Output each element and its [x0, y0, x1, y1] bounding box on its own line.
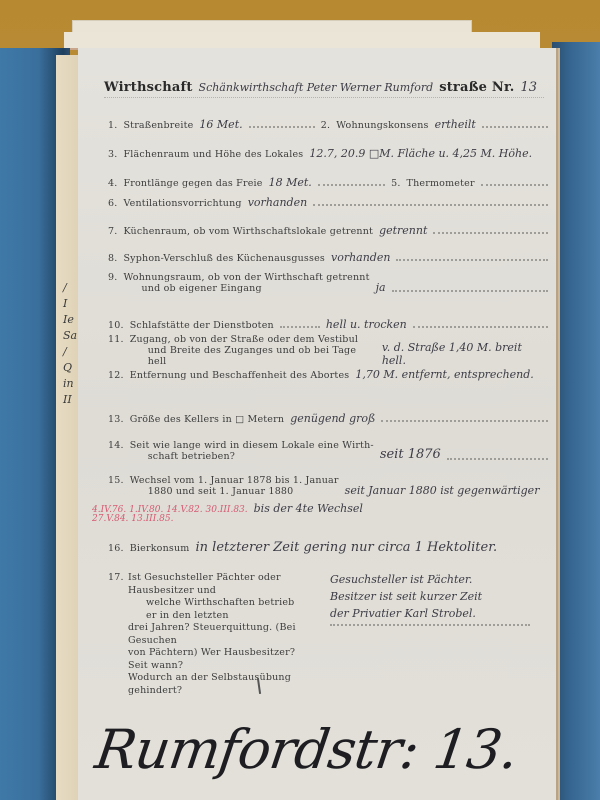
heading-business-name: Schänkwirthschaft Peter Werner Rumford [199, 81, 434, 94]
heading-street-label: straße Nr. [439, 80, 514, 95]
field-value: vorhanden [248, 196, 307, 209]
field-value: v. d. Straße 1,40 M. breit hell. [382, 341, 548, 367]
form-heading: Wirthschaft Schänkwirthschaft Peter Wern… [104, 80, 544, 98]
field-label: Frontlänge gegen das Freie [123, 178, 262, 189]
dotted-leader [280, 326, 320, 328]
question-line: welche Wirthschaften betrieb er in den l… [128, 597, 308, 622]
field-row-11: 11. Zugang, ob von der Straße oder dem V… [108, 334, 548, 367]
field-row-3: 3. Flächenraum und Höhe des Lokales 12.7… [108, 147, 548, 160]
field-number: 6. [108, 198, 117, 209]
answer-line: Gesuchsteller ist Pächter. [330, 573, 550, 586]
dotted-leader [313, 204, 548, 206]
field-row-14: 14. Seit wie lange wird in diesem Lokale… [108, 440, 548, 462]
address-signature: Rumfordstr: 13. [92, 718, 522, 781]
heading-house-number: 13 [521, 80, 538, 95]
field-label: Entfernung und Beschaffenheit des Aborte… [130, 370, 350, 381]
field-number: 16. [108, 543, 124, 554]
field-value: 1,70 M. entfernt, entsprechend. [355, 368, 533, 381]
field-label: Straßenbreite [123, 120, 193, 131]
question-17: 17. Ist Gesuchsteller Pächter oder Hausb… [108, 572, 308, 697]
field-row-16: 16. Bierkonsum in letzterer Zeit gering … [108, 540, 548, 555]
field-value: ertheilt [435, 118, 476, 131]
field-number: 9. [108, 272, 117, 283]
field-row-10: 10. Schlafstätte der Dienstboten hell u.… [108, 318, 548, 331]
field-label: Thermometer [407, 178, 475, 189]
field-number: 17. [108, 572, 124, 585]
field-row-12: 12. Entfernung und Beschaffenheit des Ab… [108, 368, 548, 381]
dotted-leader [249, 126, 315, 128]
field-label: Wechsel vom 1. Januar 1878 bis 1. Januar [130, 475, 339, 486]
dotted-leader [381, 420, 548, 422]
field-number: 15. [108, 475, 124, 486]
field-number: 1. [108, 120, 117, 131]
field-value: 16 Met. [199, 118, 242, 131]
heading-label: Wirthschaft [104, 80, 193, 95]
field-value: in letzterer Zeit gering nur circa 1 Hek… [196, 540, 498, 555]
field-row-15: 15. Wechsel vom 1. Januar 1878 bis 1. Ja… [108, 475, 548, 497]
field-label: Größe des Kellers in □ Metern [130, 414, 284, 425]
field-label: Wohnungsraum, ob von der Wirthschaft get… [123, 272, 369, 283]
field-label: Küchenraum, ob vom Wirthschaftslokale ge… [123, 226, 373, 237]
answer-line: der Privatier Karl Strobel. [330, 607, 550, 620]
dotted-leader [447, 458, 548, 460]
answer-17: Gesuchsteller ist Pächter. Besitzer ist … [330, 573, 550, 628]
field-number: 13. [108, 414, 124, 425]
field-label: Wohnungskonsens [336, 120, 428, 131]
field-number: 10. [108, 320, 124, 331]
field-value: seit Januar 1880 ist gegenwärtiger [345, 484, 540, 497]
dotted-leader [413, 326, 548, 328]
field-value: getrennt [379, 224, 427, 237]
field-label: Syphon-Verschluß des Küchenausgusses [123, 253, 325, 264]
red-annotation-row-2: 27.V.84. 13.III.85. [92, 514, 532, 524]
dotted-leader [433, 232, 548, 234]
dotted-leader [482, 126, 548, 128]
field-row-8: 8. Syphon-Verschluß des Küchenausgusses … [108, 251, 548, 264]
field-number: 8. [108, 253, 117, 264]
field-label: Schlafstätte der Dienstboten [130, 320, 274, 331]
field-number: 2. [321, 120, 330, 131]
red-annotation: 27.V.84. 13.III.85. [92, 514, 173, 524]
field-value: seit 1876 [380, 447, 441, 462]
field-label-line2: schaft betrieben? [130, 451, 374, 462]
field-label-line2: und ob eigener Eingang [123, 283, 369, 294]
field-value: genügend groß [290, 412, 375, 425]
field-number: 5. [391, 178, 400, 189]
field-label: Bierkonsum [130, 543, 190, 554]
question-line: von Pächtern) Wer Hausbesitzer? Seit wan… [128, 647, 308, 672]
field-label: Ventilationsvorrichtung [123, 198, 241, 209]
field-value: 12.7, 20.9 □M. Fläche u. 4,25 M. Höhe. [309, 147, 532, 160]
field-value: vorhanden [331, 251, 390, 264]
field-label: Zugang, ob von der Straße oder dem Vesti… [130, 334, 376, 345]
field-row-7: 7. Küchenraum, ob vom Wirthschaftslokale… [108, 224, 548, 237]
dotted-leader [392, 290, 548, 292]
field-row-6: 6. Ventilationsvorrichtung vorhanden [108, 196, 548, 209]
field-value: ja [376, 281, 386, 294]
dotted-leader [481, 184, 548, 186]
field-label-line2: 1880 und seit 1. Januar 1880 [130, 486, 339, 497]
field-row-9: 9. Wohnungsraum, ob von der Wirthschaft … [108, 272, 548, 294]
field-number: 14. [108, 440, 124, 451]
field-number: 4. [108, 178, 117, 189]
dotted-leader [396, 259, 548, 261]
field-row-4-5: 4. Frontlänge gegen das Freie 18 Met. 5.… [108, 176, 548, 189]
field-label-line2: und Breite des Zuganges und ob bei Tage … [130, 345, 376, 367]
question-line: Ist Gesuchsteller Pächter oder Hausbesit… [128, 572, 308, 597]
field-number: 7. [108, 226, 117, 237]
question-line: drei Jahren? Steuerquittung. (Bei Gesuch… [128, 622, 308, 647]
field-label: Flächenraum und Höhe des Lokales [123, 149, 303, 160]
field-value: hell u. trocken [326, 318, 407, 331]
folder-cover-right [552, 42, 600, 800]
dotted-leader [330, 624, 530, 626]
field-number: 11. [108, 334, 124, 345]
field-label: Seit wie lange wird in diesem Lokale ein… [130, 440, 374, 451]
field-value: 18 Met. [269, 176, 312, 189]
field-number: 3. [108, 149, 117, 160]
answer-line: Besitzer ist seit kurzer Zeit [330, 590, 550, 603]
field-row-1-2: 1. Straßenbreite 16 Met. 2. Wohnungskons… [108, 118, 548, 131]
field-number: 12. [108, 370, 124, 381]
dotted-leader [318, 184, 385, 186]
field-row-13: 13. Größe des Kellers in □ Metern genüge… [108, 412, 548, 425]
question-line: Wodurch an der Selbstausübung gehindert? [128, 672, 308, 697]
